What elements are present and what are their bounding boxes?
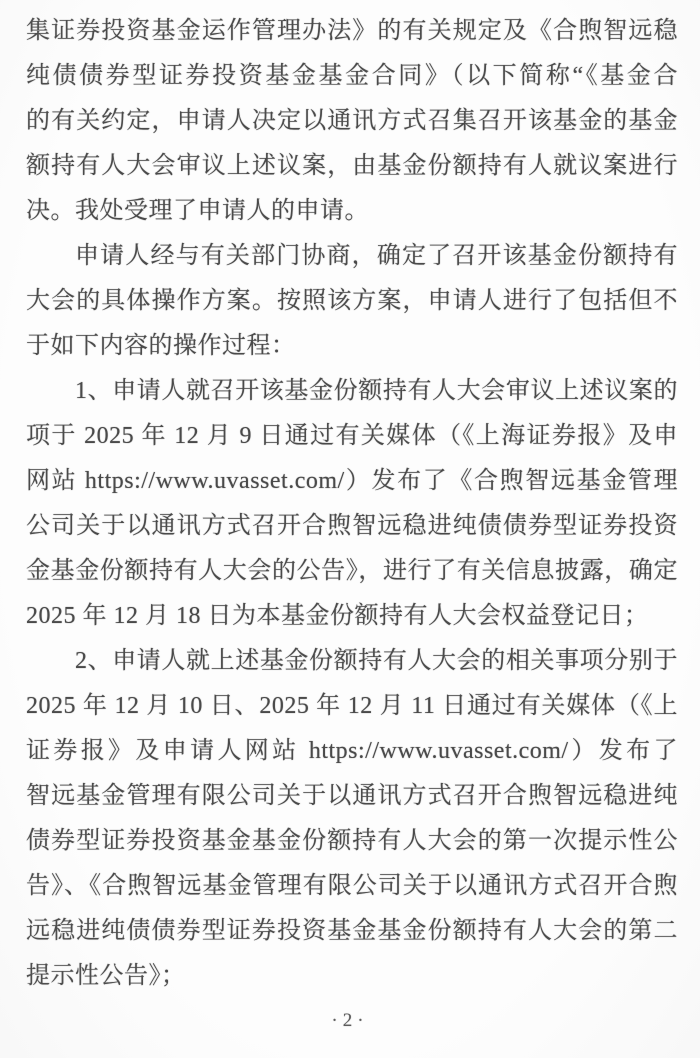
text-line: 项于 2025 年 12 月 9 日通过有关媒体（《上海证券报》及申请人 <box>26 414 678 459</box>
text-line: 2、申请人就上述基金份额持有人大会的相关事项分别于 <box>26 639 678 684</box>
text-line: 决。我处受理了申请人的申请。 <box>26 189 678 234</box>
text-line: 智远基金管理有限公司关于以通讯方式召开合煦智远稳进纯债 <box>26 774 678 819</box>
document-body-text: 集证券投资基金运作管理办法》的有关规定及《合煦智远稳进 纯债债券型证券投资基金基… <box>26 9 678 999</box>
text-line: 提示性公告》； <box>26 954 678 999</box>
text-line: 纯债债券型证券投资基金基金合同》（以下简称“《基金合同》”） <box>26 54 678 99</box>
text-line: 债券型证券投资基金基金份额持有人大会的第一次提示性公 <box>26 819 678 864</box>
text-line: 网站 https://www.uvasset.com/）发布了《合煦智远基金管理… <box>26 459 678 504</box>
text-line: 于如下内容的操作过程： <box>26 324 678 369</box>
text-line: 告》、《合煦智远基金管理有限公司关于以通讯方式召开合煦智 <box>26 864 678 909</box>
text-line: 公司关于以通讯方式召开合煦智远稳进纯债债券型证券投资基 <box>26 504 678 549</box>
text-line: 的有关约定，申请人决定以通讯方式召集召开该基金的基金份 <box>26 99 678 144</box>
text-line: 申请人经与有关部门协商，确定了召开该基金份额持有人 <box>26 234 678 279</box>
text-line: 额持有人大会审议上述议案，由基金份额持有人就议案进行表 <box>26 144 678 189</box>
scanned-document-page: 集证券投资基金运作管理办法》的有关规定及《合煦智远稳进 纯债债券型证券投资基金基… <box>0 0 700 1058</box>
text-line: 2025 年 12 月 10 日、2025 年 12 月 11 日通过有关媒体（… <box>26 684 678 729</box>
text-line: 大会的具体操作方案。按照该方案，申请人进行了包括但不限 <box>26 279 678 324</box>
text-line: 集证券投资基金运作管理办法》的有关规定及《合煦智远稳进 <box>26 9 678 54</box>
text-line: 1、申请人就召开该基金份额持有人大会审议上述议案的事 <box>26 369 678 414</box>
text-line: 证券报》及申请人网站 https://www.uvasset.com/）发布了《… <box>26 729 678 774</box>
text-line: 金基金份额持有人大会的公告》，进行了有关信息披露，确定 <box>26 549 678 594</box>
text-line: 2025 年 12 月 18 日为本基金份额持有人大会权益登记日； <box>26 594 678 639</box>
page-number: ·2· <box>0 1010 700 1032</box>
text-line: 远稳进纯债债券型证券投资基金基金份额持有人大会的第二次 <box>26 909 678 954</box>
